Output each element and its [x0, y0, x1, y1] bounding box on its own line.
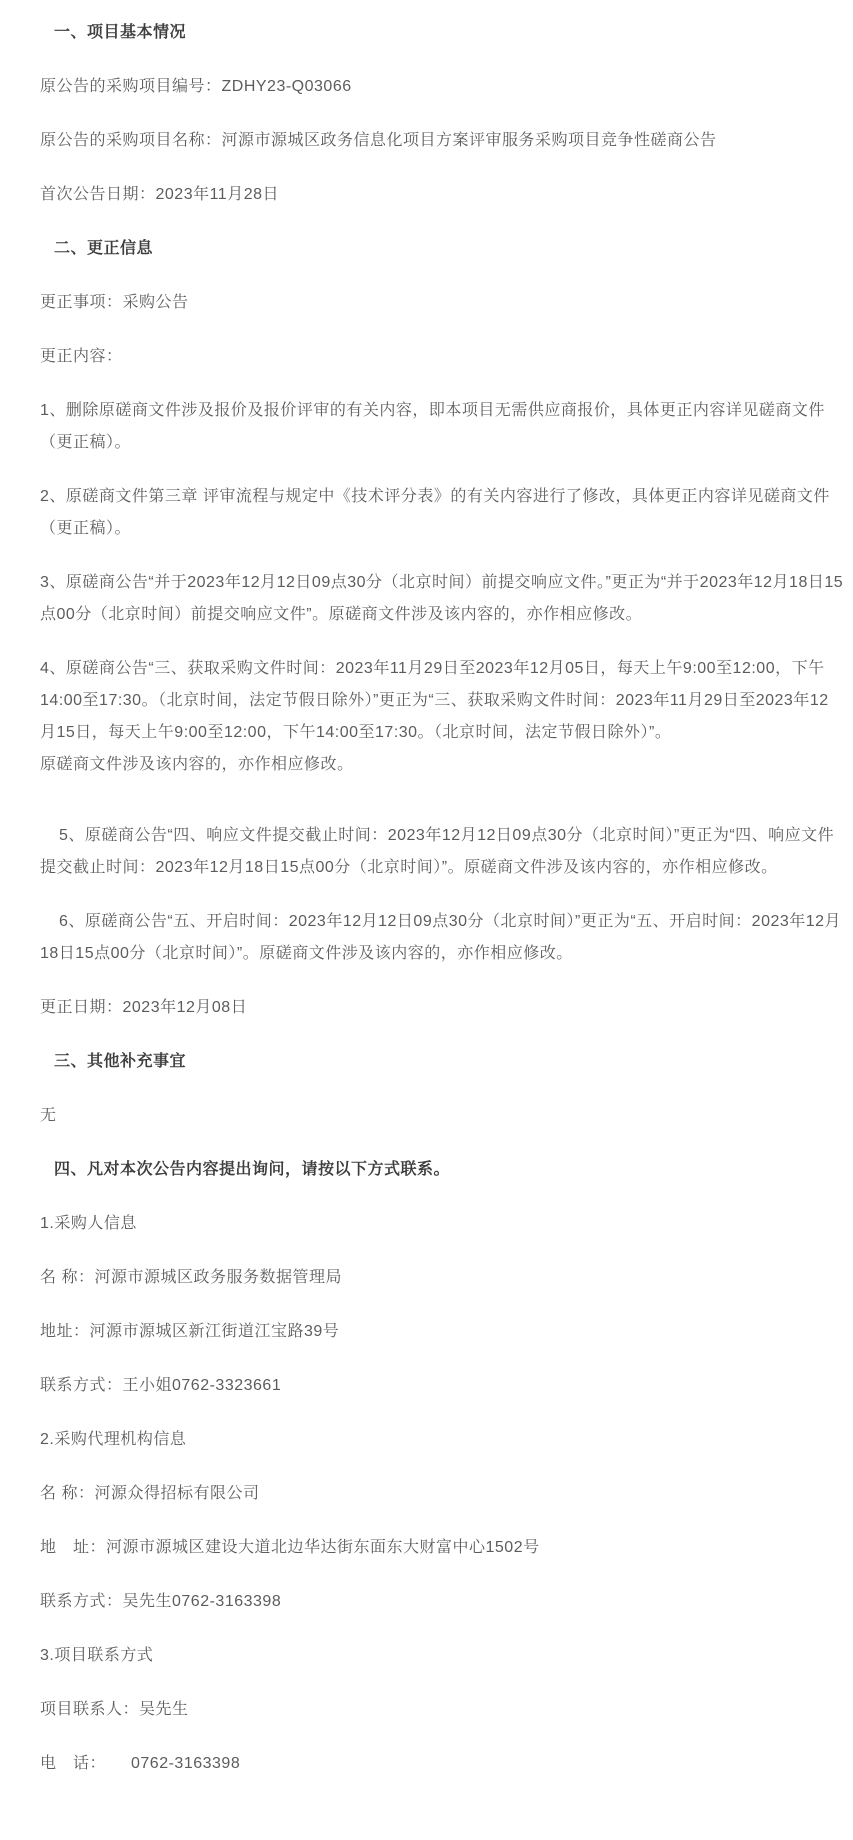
project-phone-line: 电 话： 0762-3163398 [40, 1748, 845, 1780]
project-contact-person-line: 项目联系人：吴先生 [40, 1694, 845, 1726]
purchaser-info-label: 1.采购人信息 [40, 1208, 845, 1240]
agency-info-label: 2.采购代理机构信息 [40, 1424, 845, 1456]
purchaser-address-line: 地址：河源市源城区新江街道江宝路39号 [40, 1316, 845, 1348]
correction-item-1: 1、删除原磋商文件涉及报价及报价评审的有关内容，即本项目无需供应商报价，具体更正… [40, 395, 845, 459]
correction-matter-line: 更正事项：采购公告 [40, 287, 845, 319]
section-contact-heading: 四、凡对本次公告内容提出询问，请按以下方式联系。 [54, 1154, 845, 1186]
project-number-line: 原公告的采购项目编号：ZDHY23-Q03066 [40, 71, 845, 103]
correction-item-3: 3、原磋商公告“并于2023年12月12日09点30分（北京时间）前提交响应文件… [40, 567, 845, 631]
first-announcement-date-line: 首次公告日期：2023年11月28日 [40, 179, 845, 211]
correction-item-4: 4、原磋商公告“三、获取采购文件时间：2023年11月29日至2023年12月0… [40, 653, 845, 781]
section-supplement-heading: 三、其他补充事宜 [54, 1046, 845, 1078]
supplement-none-text: 无 [40, 1100, 845, 1132]
correction-item-4-tail: 原磋商文件涉及该内容的，亦作相应修改。 [40, 749, 845, 781]
correction-item-6: 6、原磋商公告“五、开启时间：2023年12月12日09点30分（北京时间）”更… [40, 906, 845, 970]
project-contact-label: 3.项目联系方式 [40, 1640, 845, 1672]
agency-contact-line: 联系方式：吴先生0762-3163398 [40, 1586, 845, 1618]
purchaser-name-line: 名 称：河源市源城区政务服务数据管理局 [40, 1262, 845, 1294]
correction-item-4-main: 4、原磋商公告“三、获取采购文件时间：2023年11月29日至2023年12月0… [40, 660, 829, 741]
section-basic-info-heading: 一、项目基本情况 [54, 17, 845, 49]
correction-item-5: 5、原磋商公告“四、响应文件提交截止时间：2023年12月12日09点30分（北… [40, 820, 845, 884]
announcement-document: 一、项目基本情况 原公告的采购项目编号：ZDHY23-Q03066 原公告的采购… [0, 0, 853, 1780]
project-name-line: 原公告的采购项目名称：河源市源城区政务信息化项目方案评审服务采购项目竞争性磋商公… [40, 125, 845, 157]
correction-item-2: 2、原磋商文件第三章 评审流程与规定中《技术评分表》的有关内容进行了修改，具体更… [40, 481, 845, 545]
agency-name-line: 名 称：河源众得招标有限公司 [40, 1478, 845, 1510]
correction-content-label: 更正内容： [40, 341, 845, 373]
section-correction-heading: 二、更正信息 [54, 233, 845, 265]
correction-items-list: 1、删除原磋商文件涉及报价及报价评审的有关内容，即本项目无需供应商报价，具体更正… [40, 395, 845, 970]
agency-address-line: 地 址：河源市源城区建设大道北边华达街东面东大财富中心1502号 [40, 1532, 845, 1564]
purchaser-contact-line: 联系方式：王小姐0762-3323661 [40, 1370, 845, 1402]
correction-date-line: 更正日期：2023年12月08日 [40, 992, 845, 1024]
